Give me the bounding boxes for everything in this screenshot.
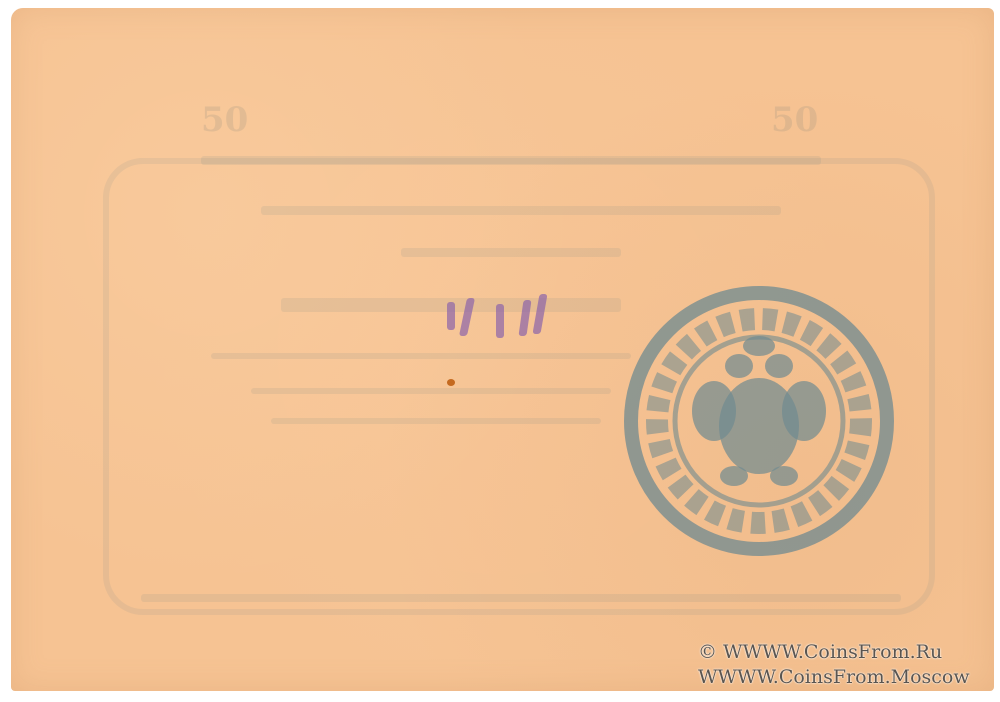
eagle-stamp bbox=[614, 276, 904, 566]
denomination-ghost-left: 50 bbox=[201, 100, 248, 140]
show-through-text-line bbox=[211, 353, 631, 359]
watermark-line-1: © WWWW.CoinsFrom.Ru bbox=[698, 640, 970, 665]
handwritten-ink-mark bbox=[441, 288, 561, 343]
show-through-text-line bbox=[271, 418, 601, 424]
paper-stain bbox=[447, 379, 455, 386]
denomination-ghost-right: 50 bbox=[771, 100, 818, 140]
show-through-text-line bbox=[201, 156, 821, 165]
watermark: © WWWW.CoinsFrom.Ru WWWW.CoinsFrom.Mosco… bbox=[698, 640, 970, 690]
watermark-line-2: WWWW.CoinsFrom.Moscow bbox=[698, 665, 970, 690]
show-through-text-line bbox=[401, 248, 621, 257]
show-through-text-line bbox=[141, 594, 901, 602]
banknote: 50 50 bbox=[11, 8, 994, 691]
stamp-icon bbox=[614, 276, 904, 566]
show-through-text-line bbox=[251, 388, 611, 394]
show-through-text-line bbox=[261, 206, 781, 215]
